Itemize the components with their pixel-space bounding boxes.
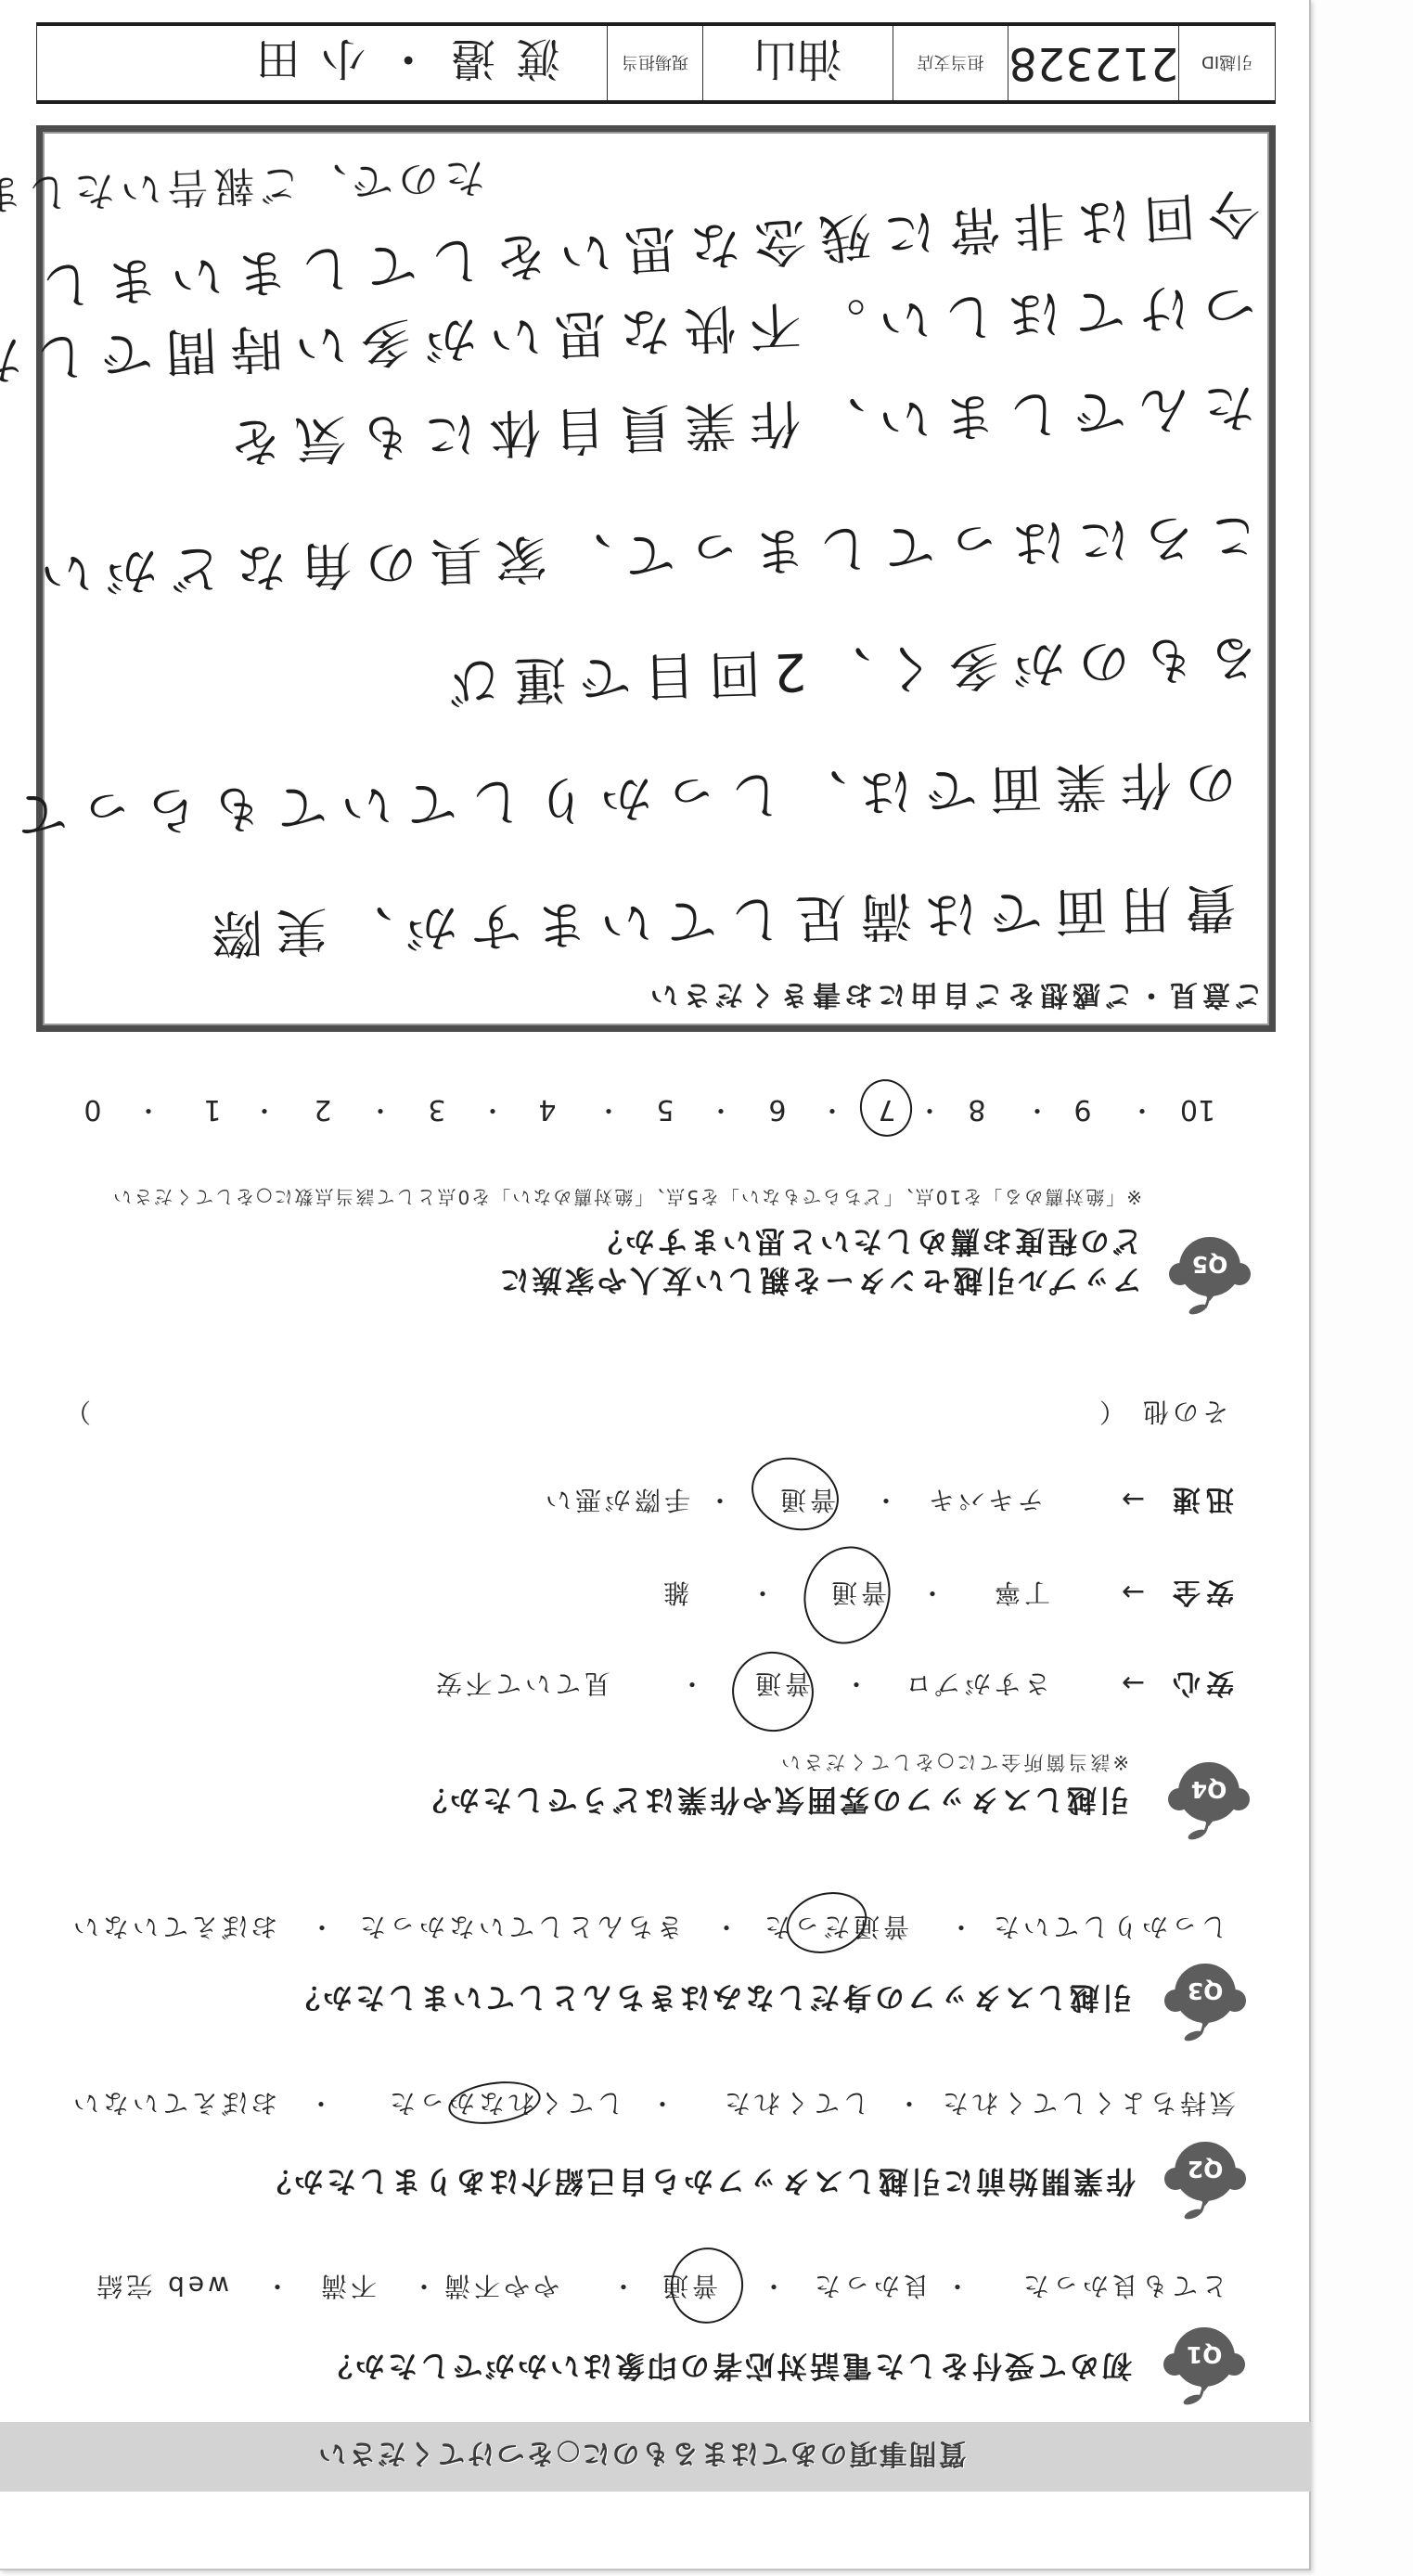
q4-option: 雑 [660, 1577, 689, 1608]
separator-dot: ・ [251, 1094, 277, 1126]
branch-label-cell: 担当支店 [893, 26, 1008, 100]
q3-option: おぼえていない [70, 1911, 277, 1942]
separator-dot: ・ [309, 1911, 335, 1942]
q4-option: 見ていて不安 [432, 1668, 610, 1699]
separator-dot: ・ [1024, 1094, 1050, 1126]
q4-option: テキパキ [925, 1484, 1044, 1515]
q3-badge-label: Q3 [1188, 1977, 1224, 2004]
separator-dot: ・ [944, 2270, 970, 2301]
separator-dot: ・ [708, 1094, 734, 1126]
separator-dot: ・ [1129, 1094, 1155, 1126]
q5-score: 9 [1060, 1092, 1106, 1126]
separator-dot: ・ [264, 2270, 290, 2301]
instruction-text: 質問事項のあてはまるものに○をつけてください [316, 2437, 966, 2478]
move-id-handwritten: 212328 [1008, 37, 1178, 89]
q4-row-label-speed: 迅速 [1167, 1482, 1234, 1515]
q4-option: 手際が悪い [542, 1484, 690, 1515]
q3-option: きちんとしていなかった [356, 1911, 683, 1942]
q1-option: とても良かった [1020, 2270, 1227, 2301]
instruction-bar: 質問事項のあてはまるものに○をつけてください [0, 2422, 1311, 2492]
branch-label: 担当支店 [918, 51, 984, 75]
separator-dot: ・ [843, 1668, 869, 1699]
q4-other-open-paren: （ [1096, 1396, 1125, 1427]
staff-label: 現場担当 [622, 51, 688, 75]
q4-badge-label: Q4 [1191, 1776, 1227, 1803]
q4-other-close-paren: ） [61, 1396, 91, 1427]
comment-box-heading: ご意見・ご感想をご自由にお書きください [646, 977, 1263, 1011]
arrow-right-icon: → [1122, 1575, 1145, 1608]
q4-other-label: その他 [1139, 1396, 1228, 1427]
separator-dot: ・ [713, 1911, 739, 1942]
q3-option: しっかりしていた [990, 1911, 1227, 1942]
q5-score: 0 [70, 1092, 116, 1126]
separator-dot: ・ [750, 1577, 776, 1608]
move-id-value-cell: 212328 [1008, 26, 1178, 100]
q1-option: 不満 [317, 2270, 377, 2301]
q5-question-line2: どの程度お薦めしたいと思いますか？ [590, 1224, 1142, 1259]
q5-apple-badge-icon: Q5 [1168, 1234, 1252, 1318]
move-id-label: 引越ID [1201, 51, 1252, 75]
separator-dot: ・ [411, 2270, 437, 2301]
q5-score: 1 [189, 1092, 236, 1126]
separator-dot: ・ [610, 2270, 636, 2301]
q5-badge-label: Q5 [1192, 1251, 1228, 1278]
separator-dot: ・ [679, 1668, 705, 1699]
separator-dot: ・ [367, 1094, 393, 1126]
separator-dot: ・ [917, 1094, 943, 1126]
q5-score: 5 [642, 1092, 688, 1126]
arrow-right-icon: → [1122, 1666, 1145, 1699]
q1-badge-label: Q1 [1187, 2341, 1223, 2368]
q4-question: 引越しスタッフの雰囲気や作業はどうでしたか？ [415, 1783, 1129, 1818]
separator-dot: ・ [308, 2087, 334, 2119]
q3-question: 引越しスタッフの身だしなみはきちんとしていましたか？ [288, 1980, 1132, 2016]
separator-dot: ・ [948, 1911, 974, 1942]
move-id-label-cell: 引越ID [1178, 26, 1275, 100]
q5-score: 8 [954, 1092, 1000, 1126]
survey-sheet-scan-rotated: 質問事項のあてはまるものに○をつけてください Q1 初めて受付をした電話対応者の… [0, 0, 1413, 2576]
separator-dot: ・ [873, 1484, 899, 1515]
q1-option: やや不満 [441, 2270, 559, 2301]
separator-dot: ・ [761, 2270, 787, 2301]
q4-row-label-reassurance: 安心 [1167, 1666, 1234, 1699]
separator-dot: ・ [707, 1484, 733, 1515]
q1-option: web 完結 [93, 2270, 229, 2301]
q4-apple-badge-icon: Q4 [1167, 1759, 1251, 1843]
q3-apple-badge-icon: Q3 [1163, 1961, 1247, 2044]
q5-score: 3 [414, 1092, 460, 1126]
q5-score: 2 [300, 1092, 346, 1126]
q4-option: 丁寧 [991, 1577, 1050, 1608]
q4-option: さすがプロ [902, 1668, 1050, 1699]
staff-value-cell: 渡邉・小田 [37, 26, 607, 100]
arrow-right-icon: → [1122, 1482, 1145, 1515]
q5-question-line1: アップル引越センターを親しい友人や家族に [497, 1263, 1142, 1298]
q4-note: ※該当箇所全てに○をしてください [778, 1750, 1129, 1773]
q2-option: おぼえていない [70, 2087, 277, 2119]
q2-apple-badge-icon: Q2 [1163, 2139, 1247, 2222]
separator-dot: ・ [896, 2087, 922, 2119]
separator-dot: ・ [649, 2087, 675, 2119]
staff-info-table: 引越ID 212328 担当支店 油山 現場担当 渡邉・小田 [36, 22, 1276, 104]
branch-value-cell: 油山 [702, 26, 893, 100]
q2-question: 作業開始前に引越しスタッフから自己紹介はありましたか？ [259, 2164, 1136, 2199]
q5-score: 6 [754, 1092, 801, 1126]
separator-dot: ・ [919, 1577, 945, 1608]
q1-option: 良かった [811, 2270, 930, 2301]
separator-dot: ・ [819, 1094, 845, 1126]
q5-score: 10 [1175, 1092, 1221, 1126]
q1-question: 初めて受付をした電話対応者の印象はいかがでしたか？ [320, 2349, 1132, 2384]
separator-dot: ・ [135, 1094, 161, 1126]
staff-label-cell: 現場担当 [607, 26, 702, 100]
separator-dot: ・ [596, 1094, 622, 1126]
q2-option: してくれた [721, 2087, 869, 2119]
branch-handwritten: 油山 [753, 32, 842, 96]
q1-apple-badge-icon: Q1 [1163, 2325, 1246, 2408]
q2-badge-label: Q2 [1188, 2156, 1224, 2183]
separator-dot: ・ [480, 1094, 506, 1126]
q2-option: 気持ちよくしてくれた [939, 2087, 1236, 2119]
q5-note: ※「絶対薦める」を10点、「どちらでもない」を5点、「絶対薦めない」を0点として… [111, 1186, 1142, 1208]
q5-score: 4 [524, 1092, 571, 1126]
staff-handwritten: 渡邉・小田 [236, 32, 560, 96]
q4-row-label-safety: 安全 [1167, 1575, 1234, 1608]
